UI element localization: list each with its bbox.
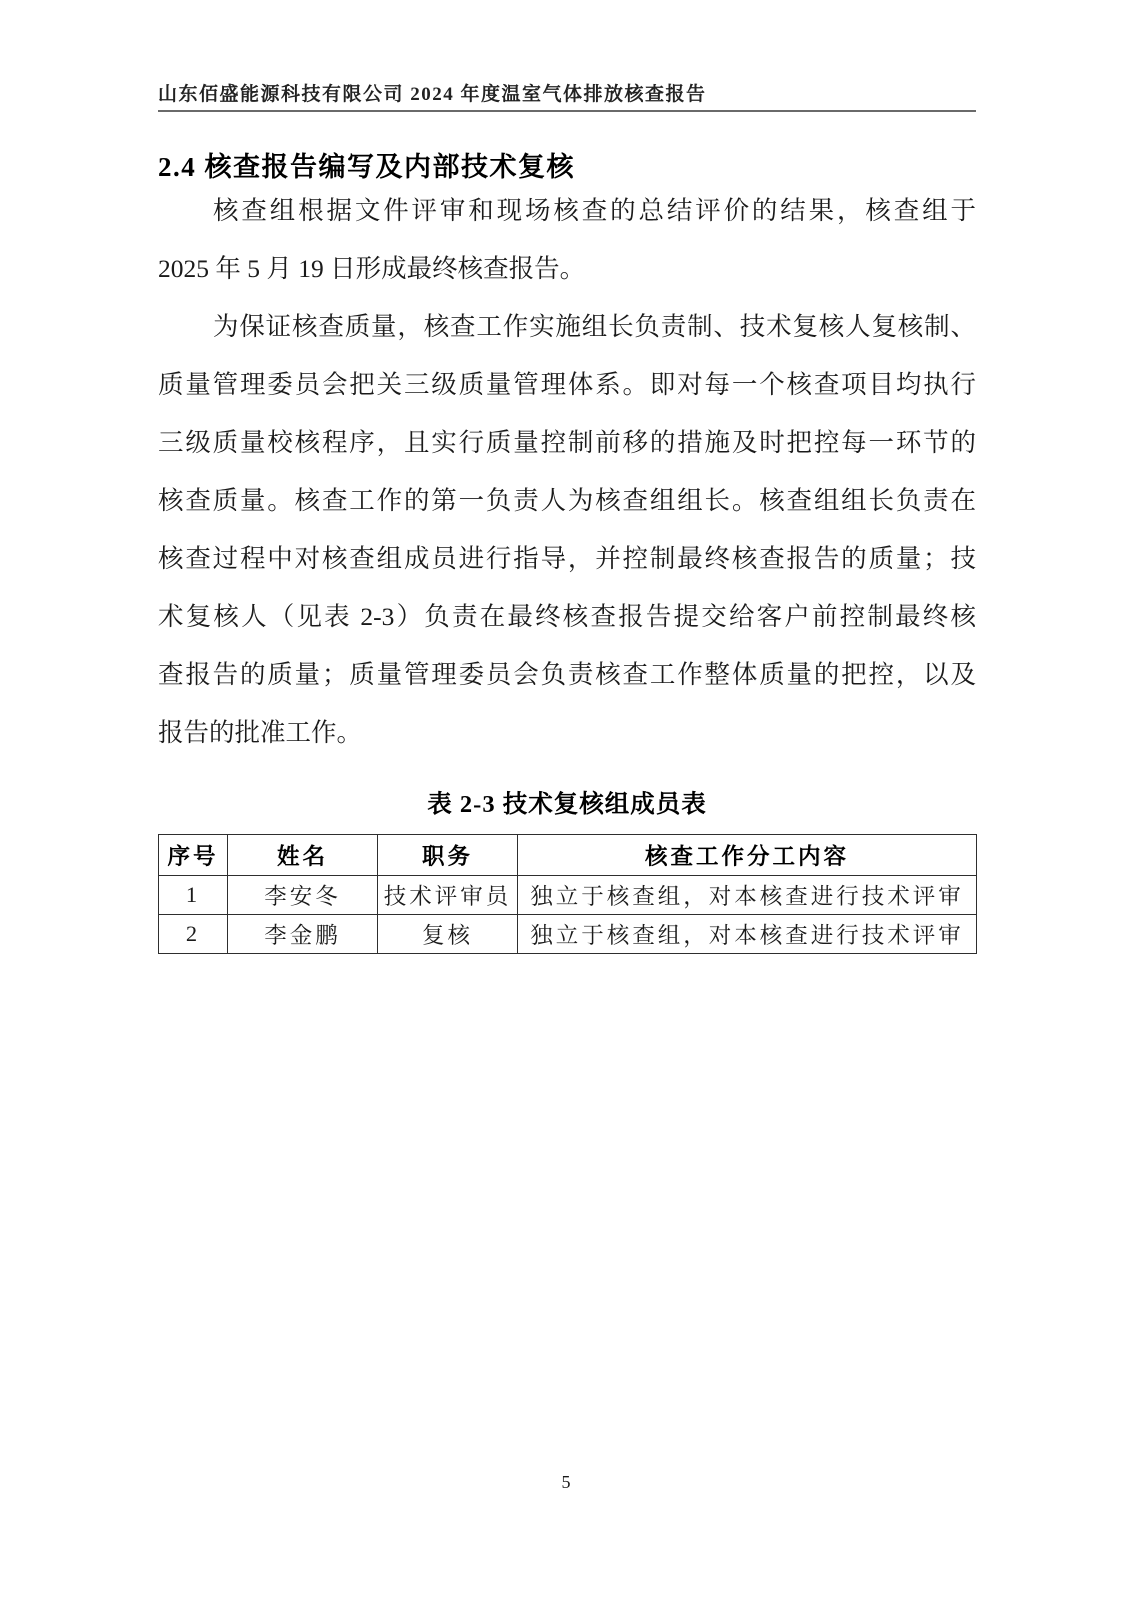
paragraph-line: 术复核人（见表 2-3）负责在最终核查报告提交给客户前控制最终核 [158,588,976,646]
table-cell: 独立于核查组，对本核查进行技术评审 [518,876,977,915]
column-header-role: 职务 [378,835,518,876]
paragraph-line: 报告的批准工作。 [158,704,976,762]
table-title: 表 2-3 技术复核组成员表 [158,788,976,821]
table-cell: 技术评审员 [378,876,518,915]
document-page: 山东佰盛能源科技有限公司 2024 年度温室气体排放核查报告 2.4 核查报告编… [0,0,1132,1600]
table-row: 1李安冬技术评审员独立于核查组，对本核查进行技术评审 [159,876,977,915]
paragraph-line: 2025 年 5 月 19 日形成最终核查报告。 [158,240,976,298]
paragraph-line: 核查过程中对核查组成员进行指导，并控制最终核查报告的质量；技 [158,530,976,588]
paragraph-line: 核查组根据文件评审和现场核查的总结评价的结果，核查组于 [158,182,976,240]
column-header-name: 姓名 [228,835,378,876]
paragraph-line: 三级质量校核程序，且实行质量控制前移的措施及时把控每一环节的 [158,414,976,472]
table-cell: 2 [159,915,228,954]
table-row: 2李金鹏复核独立于核查组，对本核查进行技术评审 [159,915,977,954]
page-content: 山东佰盛能源科技有限公司 2024 年度温室气体排放核查报告 2.4 核查报告编… [158,0,976,954]
table-cell: 1 [159,876,228,915]
column-header-index: 序号 [159,835,228,876]
paragraph-line: 查报告的质量；质量管理委员会负责核查工作整体质量的把控，以及 [158,646,976,704]
paragraph-line: 为保证核查质量，核查工作实施组长负责制、技术复核人复核制、 [158,298,976,356]
table-cell: 复核 [378,915,518,954]
paragraph-line: 核查质量。核查工作的第一负责人为核查组组长。核查组组长负责在 [158,472,976,530]
section-heading: 2.4 核查报告编写及内部技术复核 [158,152,976,182]
table-cell: 李安冬 [228,876,378,915]
paragraph-line: 质量管理委员会把关三级质量管理体系。即对每一个核查项目均执行 [158,356,976,414]
running-header: 山东佰盛能源科技有限公司 2024 年度温室气体排放核查报告 [158,84,976,112]
page-number: 5 [0,1472,1132,1493]
table-cell: 独立于核查组，对本核查进行技术评审 [518,915,977,954]
paragraph: 核查组根据文件评审和现场核查的总结评价的结果，核查组于2025 年 5 月 19… [158,182,976,298]
paragraph: 为保证核查质量，核查工作实施组长负责制、技术复核人复核制、质量管理委员会把关三级… [158,298,976,762]
table-header-row: 序号 姓名 职务 核查工作分工内容 [159,835,977,876]
members-table: 序号 姓名 职务 核查工作分工内容 1李安冬技术评审员独立于核查组，对本核查进行… [158,834,977,954]
table-cell: 李金鹏 [228,915,378,954]
column-header-duty: 核查工作分工内容 [518,835,977,876]
